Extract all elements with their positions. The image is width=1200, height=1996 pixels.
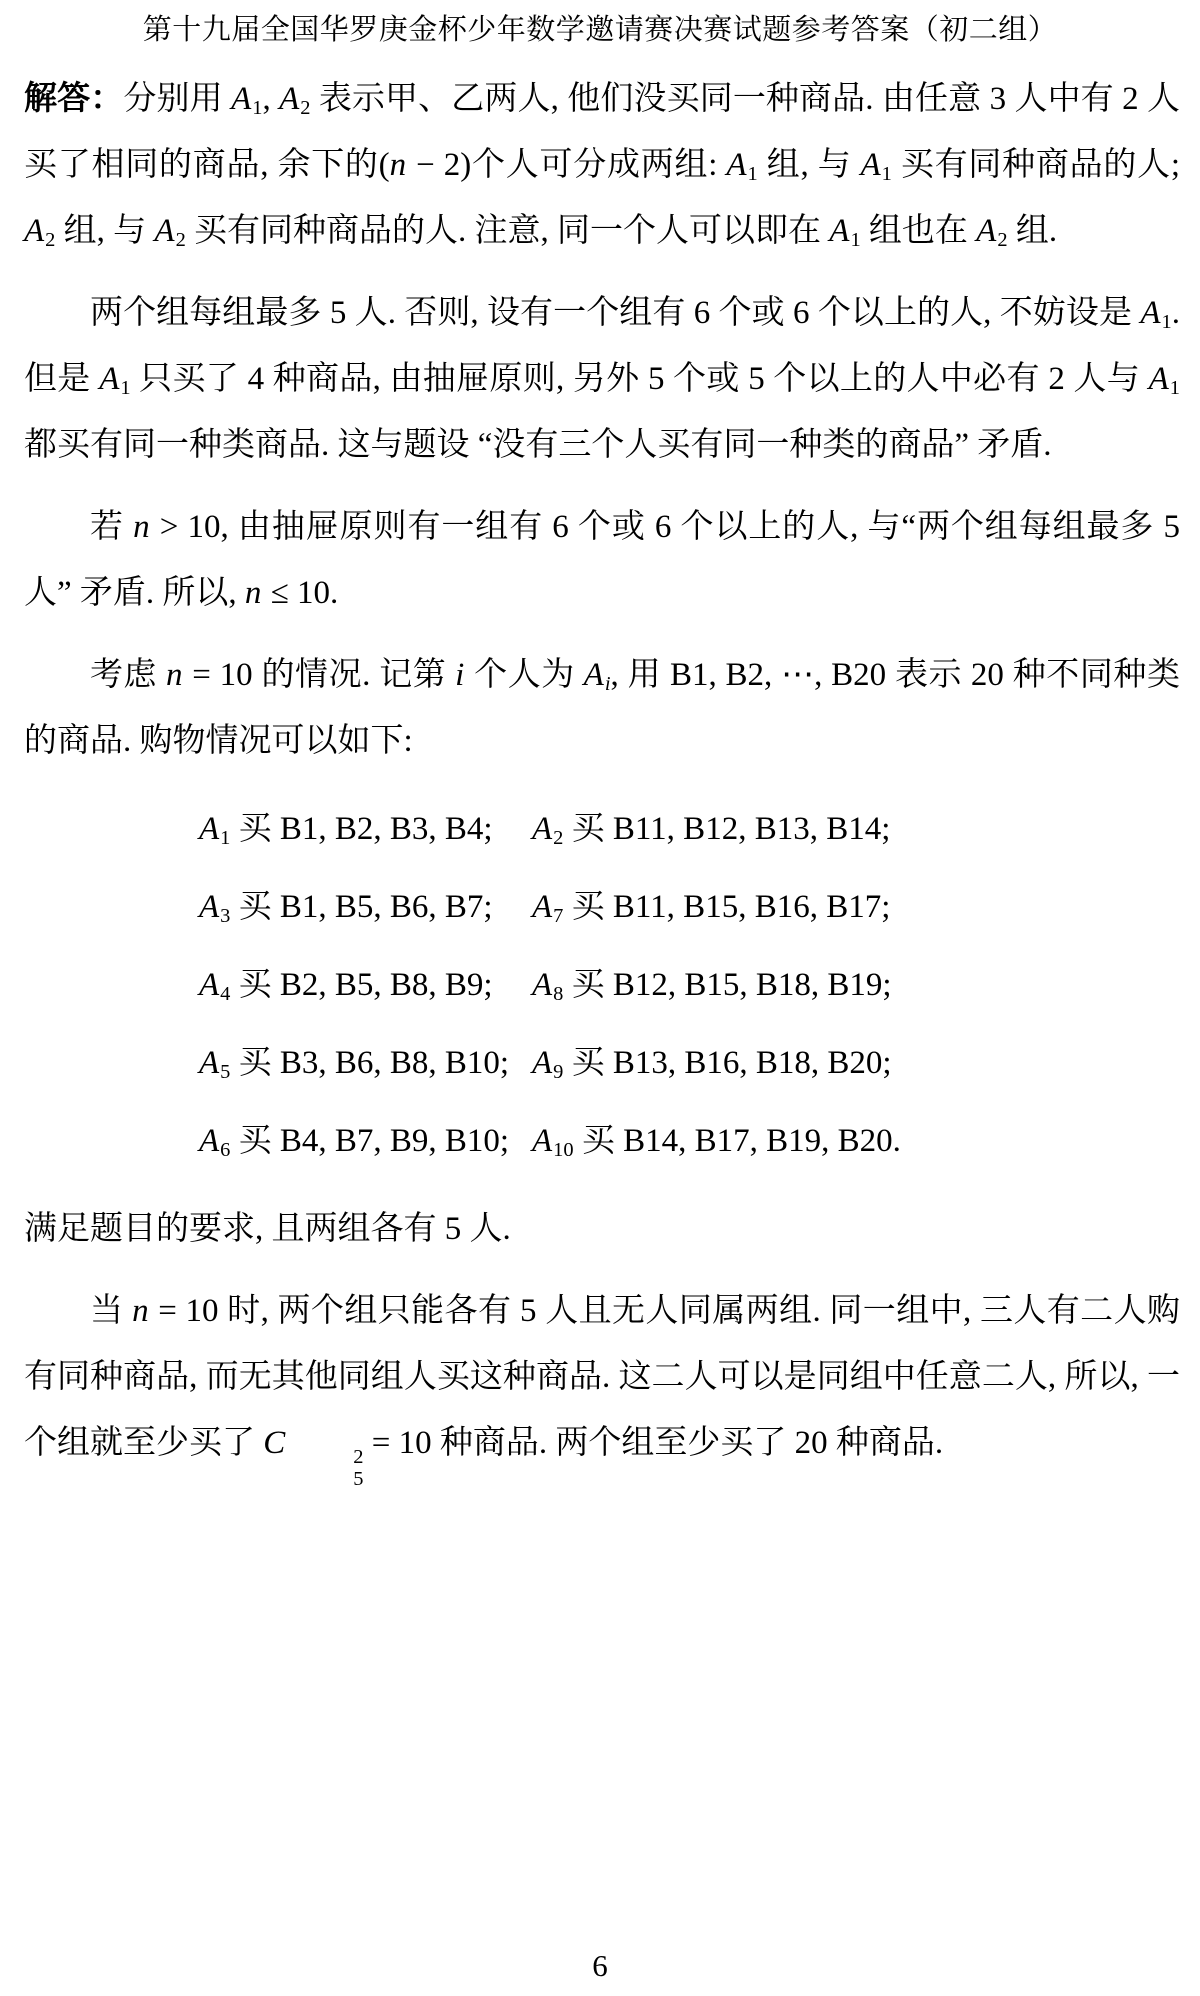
purchase-list: A1 买 B1, B2, B3, B4; A2 买 B11, B12, B13,… [24,790,1180,1180]
purchase-a7: A7 买 B11, B15, B16, B17; [532,868,890,946]
purchase-a4: A4 买 B2, B5, B8, B9; [199,946,532,1024]
paragraph-n-bound: 若 n > 10, 由抽屉原则有一组有 6 个或 6 个以上的人, 与“两个组每… [24,494,1180,626]
paragraph-conclusion: 当 n = 10 时, 两个组只能各有 5 人且无人同属两组. 同一组中, 三人… [24,1278,1180,1490]
paragraph-satisfies: 满足题目的要求, 且两组各有 5 人. [24,1196,1180,1262]
solution-content: 解答：分别用 A1, A2 表示甲、乙两人, 他们没买同一种商品. 由任意 3 … [0,66,1200,1490]
purchase-a10: A10 买 B14, B17, B19, B20. [532,1102,901,1180]
purchase-a2: A2 买 B11, B12, B13, B14; [532,790,890,868]
purchase-a3: A3 买 B1, B5, B6, B7; [199,868,532,946]
purchase-a5: A5 买 B3, B6, B8, B10; [199,1024,532,1102]
page-number: 6 [0,1948,1200,1984]
purchase-a9: A9 买 B13, B16, B18, B20; [532,1024,892,1102]
purchase-row-1: A1 买 B1, B2, B3, B4; A2 买 B11, B12, B13,… [199,790,1180,868]
page-title: 第十九届全国华罗庚金杯少年数学邀请赛决赛试题参考答案（初二组） [0,0,1200,50]
purchase-row-3: A4 买 B2, B5, B8, B9; A8 买 B12, B15, B18,… [199,946,1180,1024]
purchase-a8: A8 买 B12, B15, B18, B19; [532,946,892,1024]
purchase-row-4: A5 买 B3, B6, B8, B10; A9 买 B13, B16, B18… [199,1024,1180,1102]
purchase-row-5: A6 买 B4, B7, B9, B10; A10 买 B14, B17, B1… [199,1102,1180,1180]
paragraph-n-equals-10: 考虑 n = 10 的情况. 记第 i 个人为 Ai, 用 B1, B2, ⋯,… [24,642,1180,774]
document-page: 第十九届全国华罗庚金杯少年数学邀请赛决赛试题参考答案（初二组） 解答：分别用 A… [0,0,1200,1996]
purchase-a1: A1 买 B1, B2, B3, B4; [199,790,532,868]
purchase-row-2: A3 买 B1, B5, B6, B7; A7 买 B11, B15, B16,… [199,868,1180,946]
purchase-a6: A6 买 B4, B7, B9, B10; [199,1102,532,1180]
paragraph-intro: 解答：分别用 A1, A2 表示甲、乙两人, 他们没买同一种商品. 由任意 3 … [24,66,1180,264]
paragraph-group-max: 两个组每组最多 5 人. 否则, 设有一个组有 6 个或 6 个以上的人, 不妨… [24,280,1180,478]
